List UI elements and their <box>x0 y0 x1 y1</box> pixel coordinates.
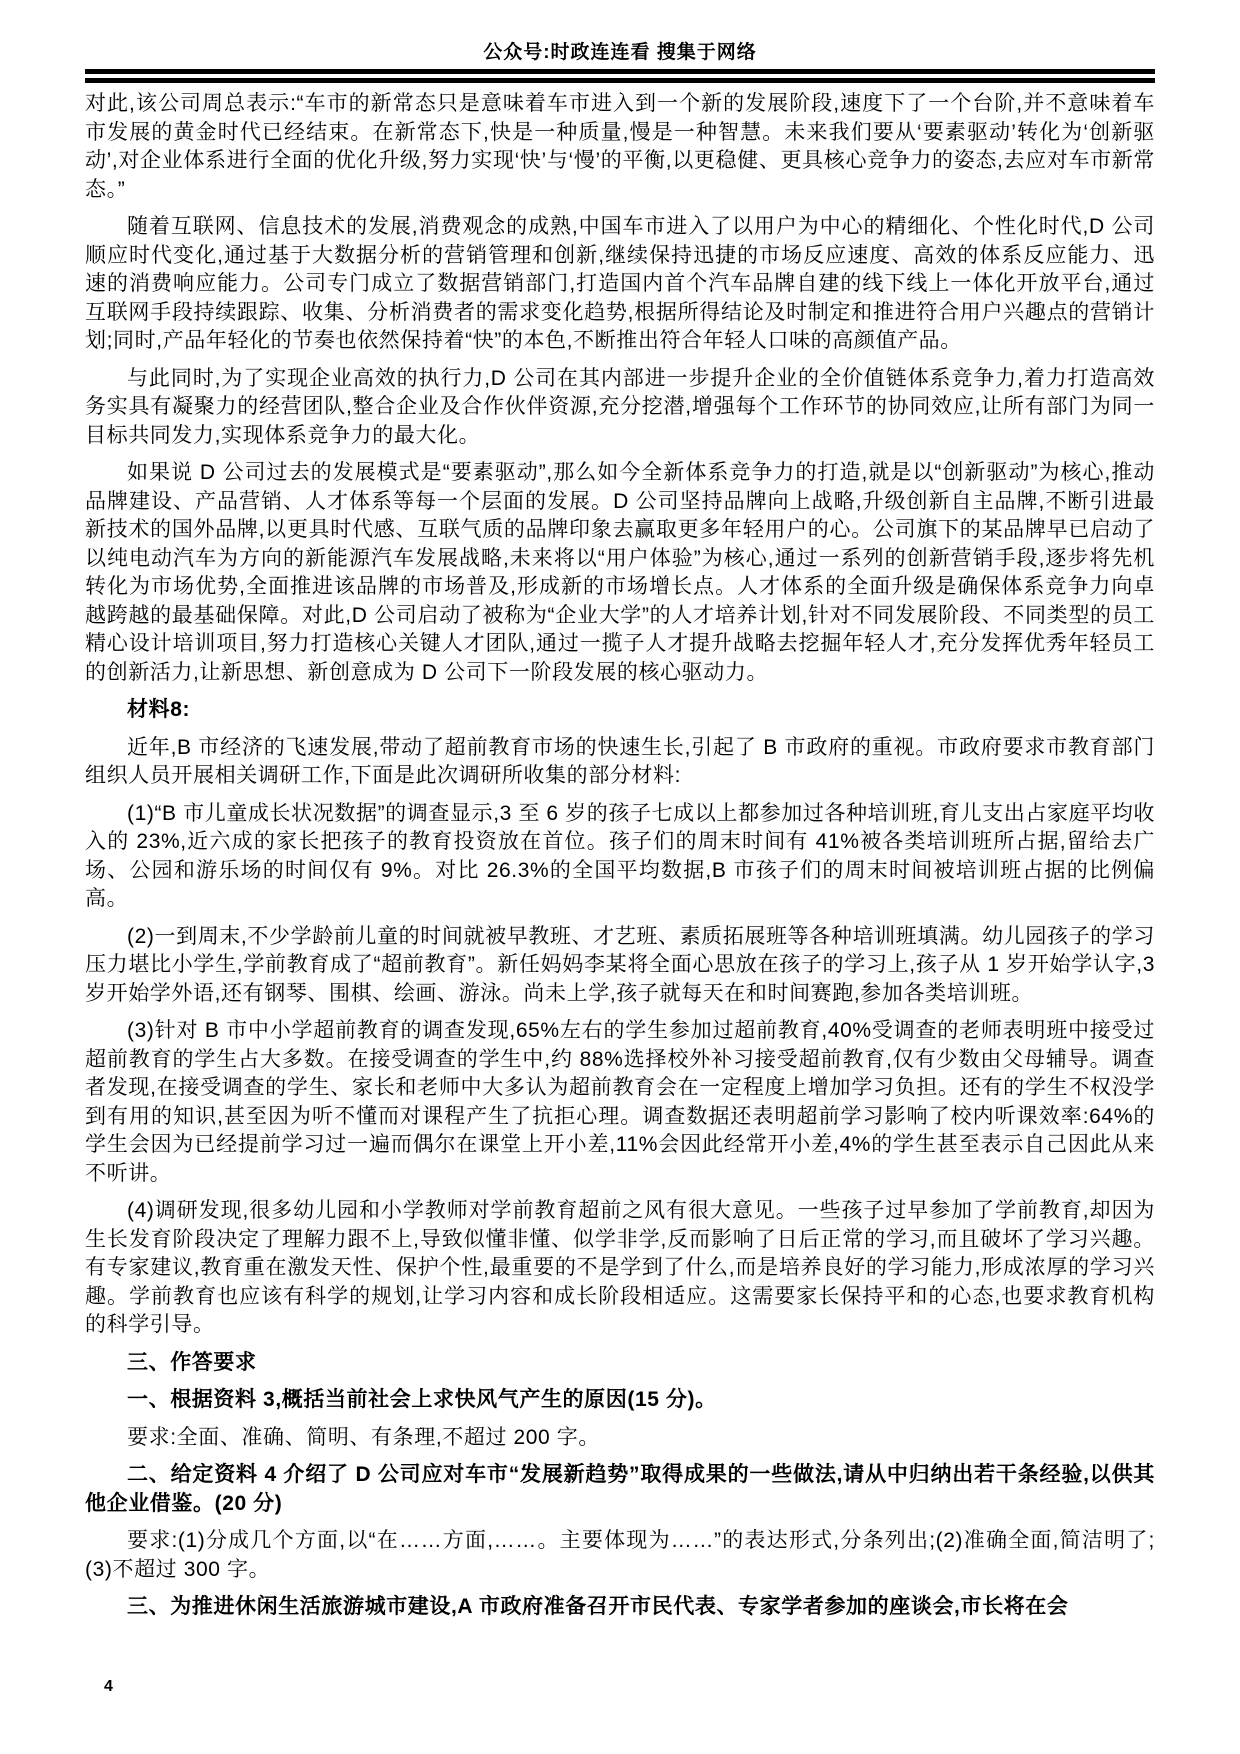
question-2-requirements: 要求:(1)分成几个方面,以“在……方面,……。主要体现为……”的表达形式,分条… <box>85 1527 1155 1584</box>
question-1: 一、根据资料 3,概括当前社会上求快风气产生的原因(15 分)。 <box>85 1386 1155 1415</box>
section-heading-answer-requirements: 三、作答要求 <box>85 1349 1155 1378</box>
paragraph-material8-intro: 近年,B 市经济的飞速发展,带动了超前教育市场的快速生长,引起了 B 市政府的重… <box>85 734 1155 791</box>
paragraph-survey-item-1: (1)“B 市儿童成长状况数据”的调查显示,3 至 6 岁的孩子七成以上都参加过… <box>85 800 1155 914</box>
document-page: 公众号:时政连连看 搜集于网络 对此,该公司周总表示:“车市的新常态只是意味着车… <box>0 0 1240 1754</box>
paragraph-zhou-statement: 对此,该公司周总表示:“车市的新常态只是意味着车市进入到一个新的发展阶段,速度下… <box>85 90 1155 204</box>
question-1-requirements: 要求:全面、准确、简明、有条理,不超过 200 字。 <box>85 1424 1155 1453</box>
paragraph-survey-item-4: (4)调研发现,很多幼儿园和小学教师对学前教育超前之风有很大意见。一些孩子过早参… <box>85 1197 1155 1340</box>
paragraph-survey-item-3: (3)针对 B 市中小学超前教育的调查发现,65%左右的学生参加过超前教育,40… <box>85 1017 1155 1188</box>
header-title: 公众号:时政连连看 搜集于网络 <box>85 42 1155 64</box>
paragraph-execution-power: 与此同时,为了实现企业高效的执行力,D 公司在其内部进一步提升企业的全价值链体系… <box>85 365 1155 451</box>
header-divider <box>85 69 1155 83</box>
document-body: 对此,该公司周总表示:“车市的新常态只是意味着车市进入到一个新的发展阶段,速度下… <box>85 90 1155 1622</box>
question-3: 三、为推进休闲生活旅游城市建设,A 市政府准备召开市民代表、专家学者参加的座谈会… <box>85 1593 1155 1622</box>
page-number: 4 <box>104 1678 113 1696</box>
question-2: 二、给定资料 4 介绍了 D 公司应对车市“发展新趋势”取得成果的一些做法,请从… <box>85 1461 1155 1518</box>
paragraph-innovation-drive: 如果说 D 公司过去的发展模式是“要素驱动”,那么如今全新体系竞争力的打造,就是… <box>85 459 1155 687</box>
page-header: 公众号:时政连连看 搜集于网络 <box>85 42 1155 83</box>
paragraph-survey-item-2: (2)一到周末,不少学龄前儿童的时间就被早教班、才艺班、素质拓展班等各种培训班填… <box>85 923 1155 1009</box>
material-8-heading: 材料8: <box>85 696 1155 725</box>
paragraph-internet-development: 随着互联网、信息技术的发展,消费观念的成熟,中国车市进入了以用户为中心的精细化、… <box>85 213 1155 356</box>
